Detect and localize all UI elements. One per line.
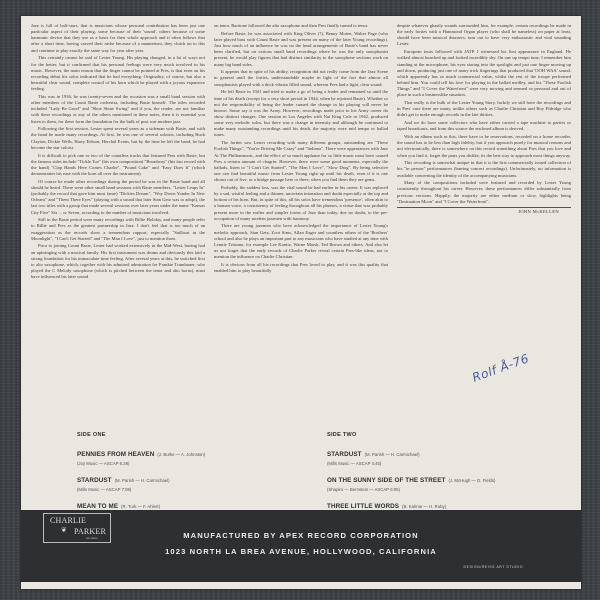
paragraph: This recording is somewhat unique in tha… [397,160,571,178]
track: ON THE SUNNY SIDE OF THE STREET(J. McHug… [327,469,537,492]
design-credit: DESIGN/REISS ART STUDIO [464,565,524,569]
paragraph: on tenor. Baritone followed the alto sax… [214,23,388,29]
track-title: STARDUST [327,451,362,458]
paragraph: He left Basie in 1941 and tried to make … [214,89,388,138]
address-line: 1023 NORTH LA BREA AVENUE, HOLLYWOOD, CA… [21,547,581,556]
track-title: STARDUST [77,477,112,484]
paragraph: This was in 1936, he was twenty-seven an… [31,94,205,125]
paragraph: There are young jazzmen who have acknowl… [214,223,388,260]
track: STARDUST(M. Parish — H. Carmichael) (Mil… [327,443,537,466]
paragraph: despite whatever ghastly sounds surround… [397,23,571,48]
track: PENNIES FROM HEAVEN(J. Burke — A. Johnst… [77,443,287,466]
paragraph: It appears that in spite of his ability,… [214,69,388,87]
side-one-tracklist: SIDE ONE PENNIES FROM HEAVEN(J. Burke — … [77,432,287,512]
paragraph: Prior to joining Count Basie, Lester had… [31,243,205,280]
track-writers: (M. Parish — H. Carmichael) [365,452,420,457]
logo-text-charlie: CHARLIE [50,516,86,525]
track-publisher: (Mills Music — ASCAP 7:08) [77,487,287,492]
paragraph: With an album such as this, there have t… [397,134,571,159]
track-writers: (M. Parish — H. Carmichael) [115,478,170,483]
paragraph: The forties saw Lester recording with ma… [214,140,388,183]
track-title: PENNIES FROM HEAVEN [77,451,154,458]
paragraph: It is obvious from all his recordings th… [214,262,388,274]
tracklists: SIDE ONE PENNIES FROM HEAVEN(J. Burke — … [77,432,537,512]
track-publisher: (Shapiro — Bernstein — ASCAP 6:05) [327,487,537,492]
paragraph: Of course he made other recordings durin… [31,179,205,216]
paragraph: That really is the bulk of the Lester Yo… [397,100,571,118]
track-writers: (R. Turk — F. Ahlert) [121,504,160,509]
label-band: CHARLIE ❦ PARKER RECORDS MANUFACTURED BY… [21,510,581,582]
side-one-title: SIDE ONE [77,432,287,438]
paragraph: And we do have some collectors who have … [397,120,571,132]
track-writers: (J. Burke — A. Johnston) [157,452,205,457]
paragraph: Before Basie, he was associated with Kin… [214,31,388,68]
track: STARDUST(M. Parish — H. Carmichael) (Mil… [77,469,287,492]
paragraph: European tours followed with JATP. I wit… [397,49,571,98]
paragraph: Many of the compositions included were f… [397,180,571,205]
author-signature: JOHN McKELLEN [397,209,571,215]
paragraph: Probably, the saddest loss, was the vita… [214,185,388,222]
side-two-title: SIDE TWO [327,432,537,438]
album-back-cover: Jazz is full of half-stars, that is musi… [21,16,581,589]
paragraph: Following the first session, Lester spen… [31,126,205,151]
paragraph: Still in the Basie period were many reco… [31,217,205,242]
paragraph: It is difficult to pick one or two of th… [31,153,205,178]
track-publisher: (Joy Music — ASCAP 6:28) [77,461,287,466]
track-writers: (B. Kalmar — H. Ruby) [402,504,446,509]
side-two-tracklist: SIDE TWO STARDUST(M. Parish — H. Carmich… [327,432,537,512]
track-writers: (J. McHugh — D. Fields) [448,478,495,483]
paragraph: Jazz is full of half-stars, that is musi… [31,23,205,54]
track-title: THREE LITTLE WORDS [327,503,399,510]
manufacturer-line: MANUFACTURED BY APEX RECORD CORPORATION [21,531,581,540]
track-title: ON THE SUNNY SIDE OF THE STREET [327,477,445,484]
paragraph: This certainly cannot be said of Lester … [31,55,205,92]
track-publisher: (Mills Music — ASCAP 4:45) [327,461,537,466]
signature-divider [397,207,571,208]
liner-notes-column-2: on tenor. Baritone followed the alto sax… [214,23,388,433]
liner-notes-column-1: Jazz is full of half-stars, that is musi… [31,23,205,433]
track-title: MEAN TO ME [77,503,118,510]
